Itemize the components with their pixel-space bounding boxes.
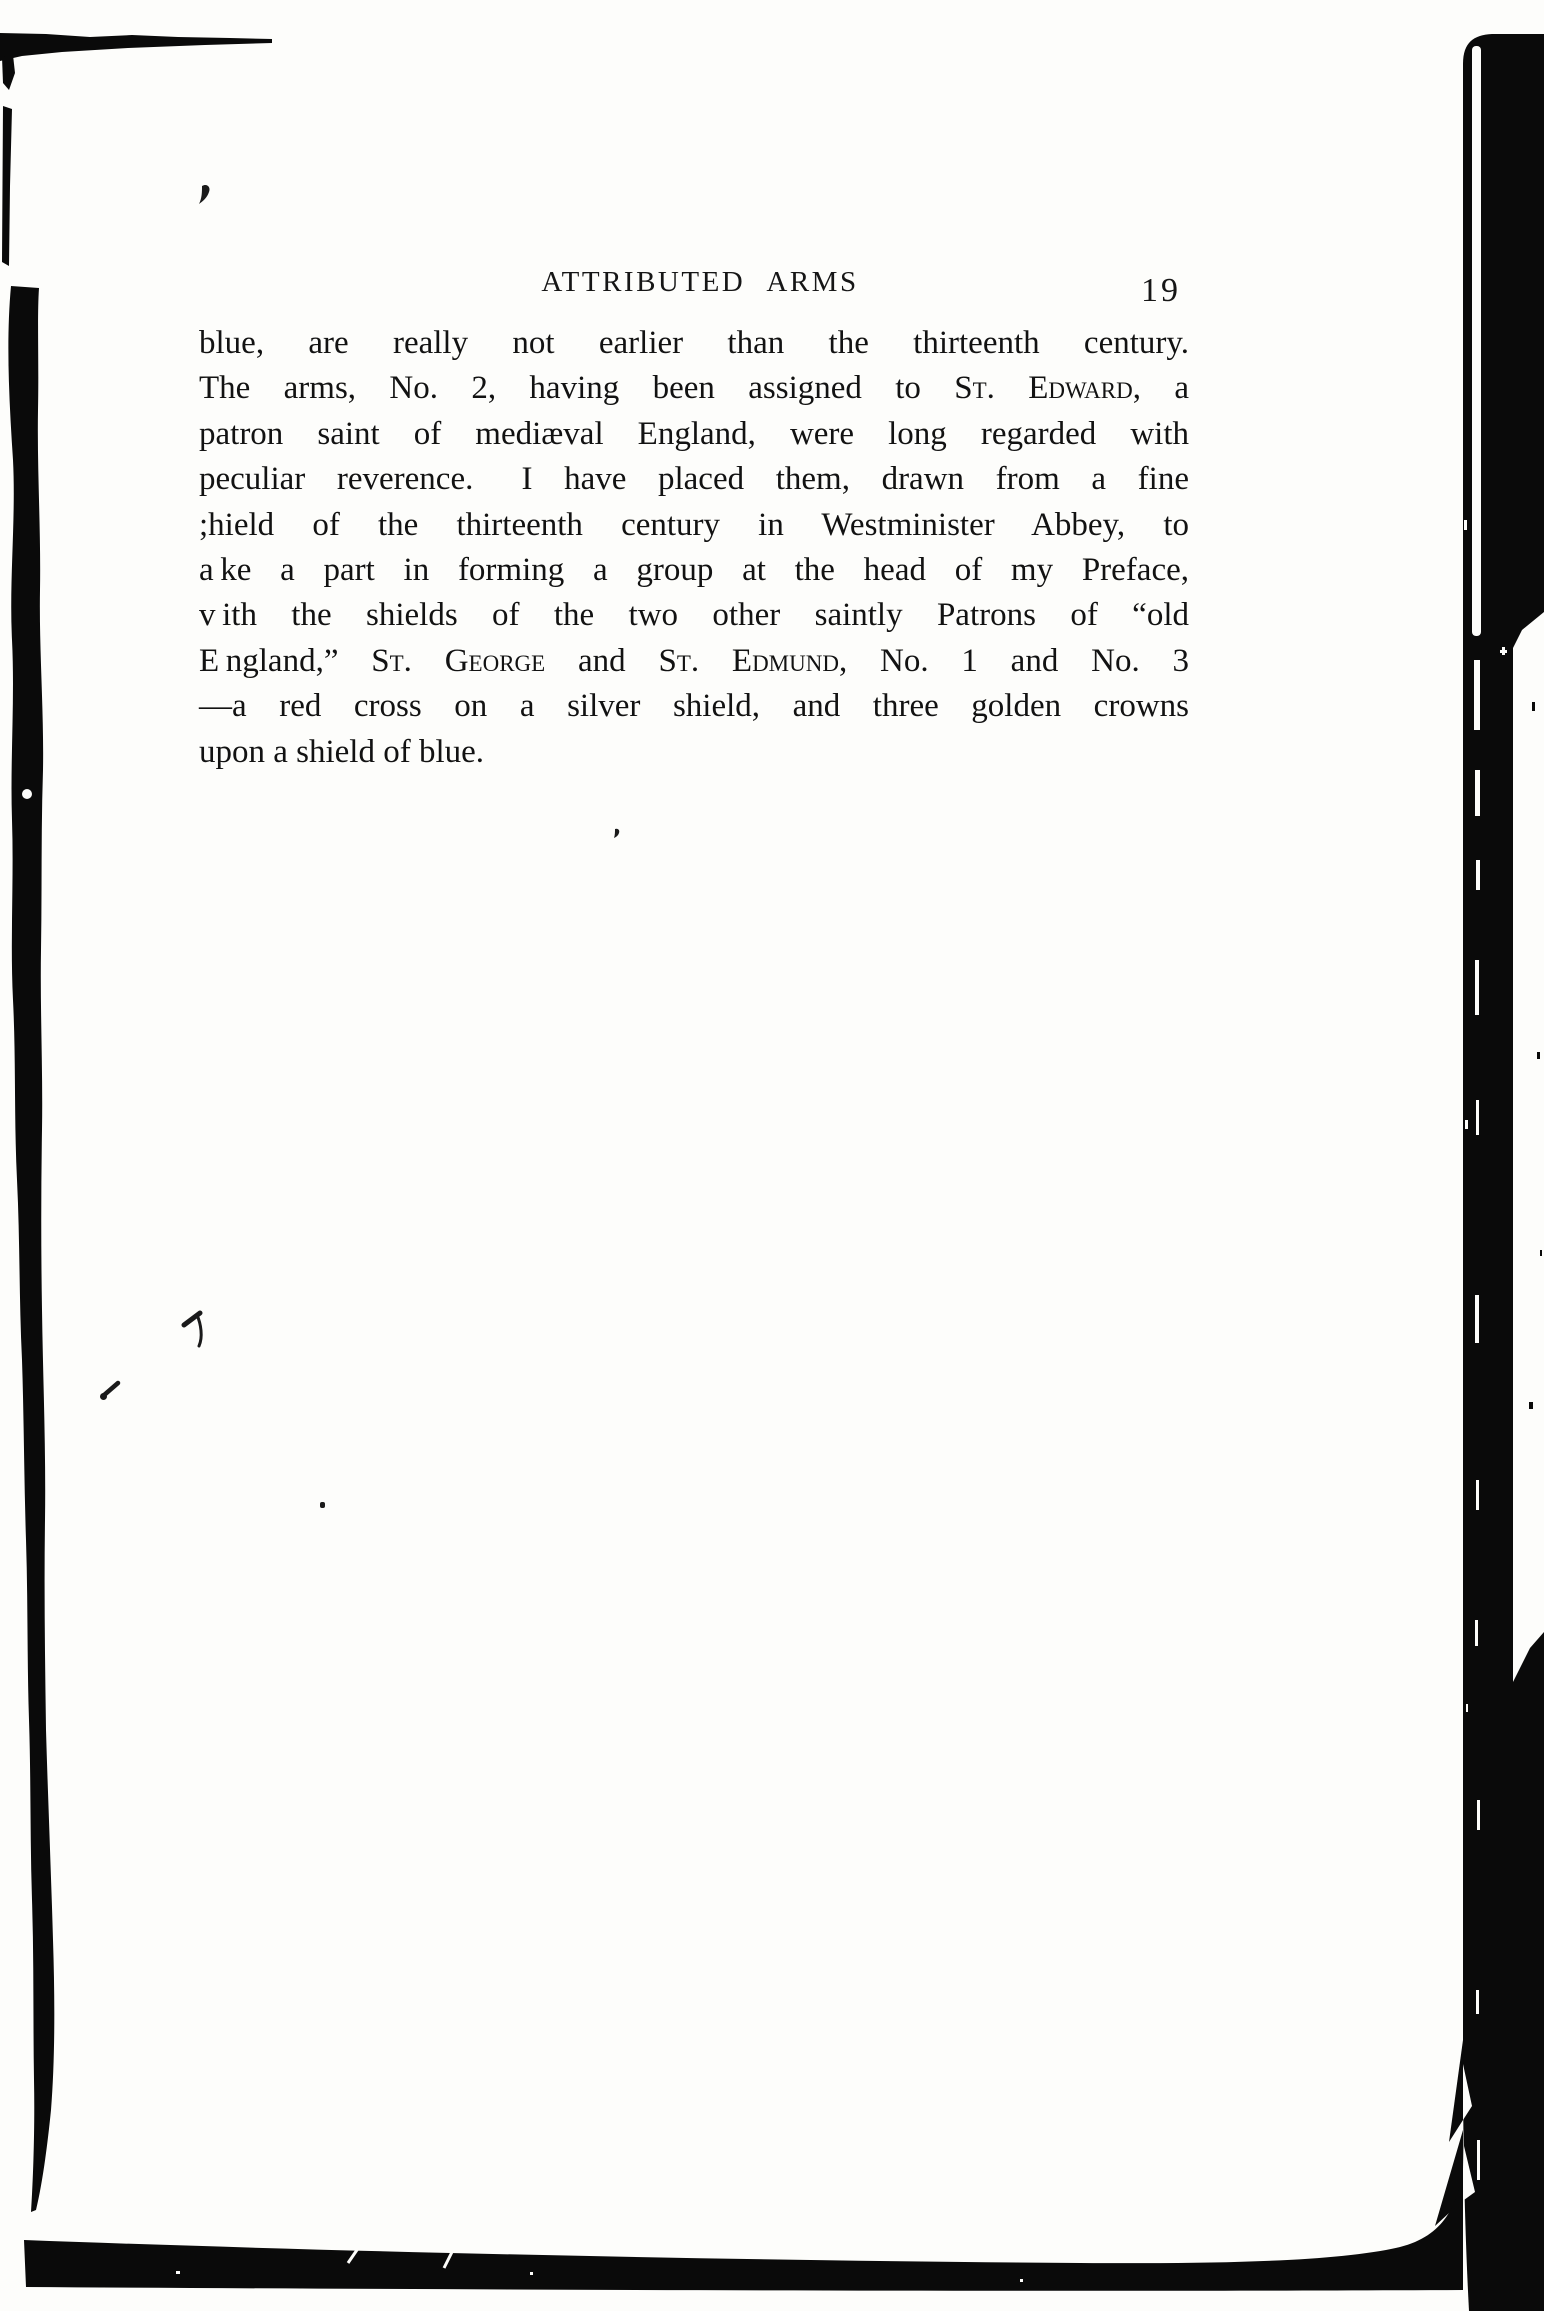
text-line: blue, are really not earlier than the th… <box>199 321 1189 366</box>
spine-white-dash <box>1476 1990 1479 2014</box>
spine-bar-break <box>1464 520 1467 530</box>
bottom-band-speck <box>1020 2279 1023 2282</box>
spine-white-dash <box>1475 1295 1479 1343</box>
text-line: a ke a part in forming a group at the he… <box>199 548 1189 593</box>
bottom-edge-shadow <box>24 2168 1463 2291</box>
bottom-band-speck <box>530 2272 533 2275</box>
text-segment: St. Edmund <box>658 643 839 679</box>
text-segment: upon a shield of blue. <box>199 734 484 770</box>
text-segment: v ith the shields of the two other saint… <box>199 597 1189 633</box>
text-segment: peculiar reverence. I have placed them, … <box>199 461 1189 497</box>
spine-outer-gap <box>1513 612 1544 1682</box>
spine-white-dash <box>1475 1620 1478 1646</box>
spine-white-dash <box>1477 1800 1480 1830</box>
spine-white-dash <box>1476 1100 1479 1135</box>
page-number: 19 <box>1141 272 1201 310</box>
spine-white-dash <box>1477 2140 1480 2180</box>
text-segment: The arms, No. 2, having been assigned to <box>199 370 954 406</box>
ink-dot <box>320 1502 325 1508</box>
text-segment: patron saint of mediæval England, were l… <box>199 416 1189 452</box>
top-edge-shadow-tail <box>2 55 15 90</box>
text-line: upon a shield of blue. <box>199 730 1189 775</box>
text-segment: St. George <box>371 643 545 679</box>
scanned-book-page: ATTRIBUTED ARMS 19 blue, are really not … <box>0 0 1544 2311</box>
spine-bar-break <box>1466 1704 1468 1712</box>
page-title: ATTRIBUTED ARMS <box>400 266 1000 299</box>
spine-white-stripe <box>1472 46 1481 636</box>
edge-speck <box>1540 1250 1542 1256</box>
top-edge-shadow <box>0 33 272 61</box>
text-line: v ith the shields of the two other saint… <box>199 593 1189 638</box>
bottom-band-speck <box>176 2271 180 2274</box>
ink-apostrophe-mark <box>199 185 210 204</box>
left-edge-strip-upper <box>2 106 12 266</box>
spine-white-dash <box>1475 770 1480 816</box>
text-line: —a red cross on a silver shield, and thr… <box>199 684 1189 729</box>
spine-speck <box>1502 647 1505 655</box>
left-edge-shadow <box>8 286 54 2212</box>
text-segment: E ngland,” <box>199 643 371 679</box>
pen-tick-tail <box>197 1315 201 1346</box>
text-line: patron saint of mediæval England, were l… <box>199 412 1189 457</box>
text-line: ;hield of the thirteenth century in West… <box>199 503 1189 548</box>
text-segment: St. Edward <box>954 370 1133 406</box>
body-paragraph: blue, are really not earlier than the th… <box>199 321 1189 775</box>
text-line: peculiar reverence. I have placed them, … <box>199 457 1189 502</box>
text-segment: a ke a part in forming a group at the he… <box>199 552 1189 588</box>
spine-white-dash <box>1476 1480 1479 1510</box>
text-segment: ;hield of the thirteenth century in West… <box>199 507 1189 543</box>
spine-white-dash <box>1476 860 1480 890</box>
text-segment: , No. 1 and No. 3 <box>839 643 1189 679</box>
spine-white-dash <box>1475 960 1479 1015</box>
text-line: E ngland,” St. George and St. Edmund, No… <box>199 639 1189 684</box>
text-segment: —a red cross on a silver shield, and thr… <box>199 688 1189 724</box>
text-segment: blue, are really not earlier than the th… <box>199 325 1189 361</box>
text-segment: , a <box>1133 370 1189 406</box>
ink-comma-speck <box>614 829 619 838</box>
edge-speck <box>1537 1052 1540 1059</box>
text-segment: and <box>545 643 658 679</box>
spine-white-dash <box>1474 660 1480 730</box>
left-strip-hole <box>22 789 32 799</box>
right-spine-spike <box>1449 2040 1463 2142</box>
edge-speck <box>1532 702 1535 711</box>
pen-diagonal-stroke <box>103 1383 118 1396</box>
text-line: The arms, No. 2, having been assigned to… <box>199 366 1189 411</box>
edge-speck <box>1529 1402 1533 1409</box>
spine-bar-break <box>1465 1120 1468 1129</box>
